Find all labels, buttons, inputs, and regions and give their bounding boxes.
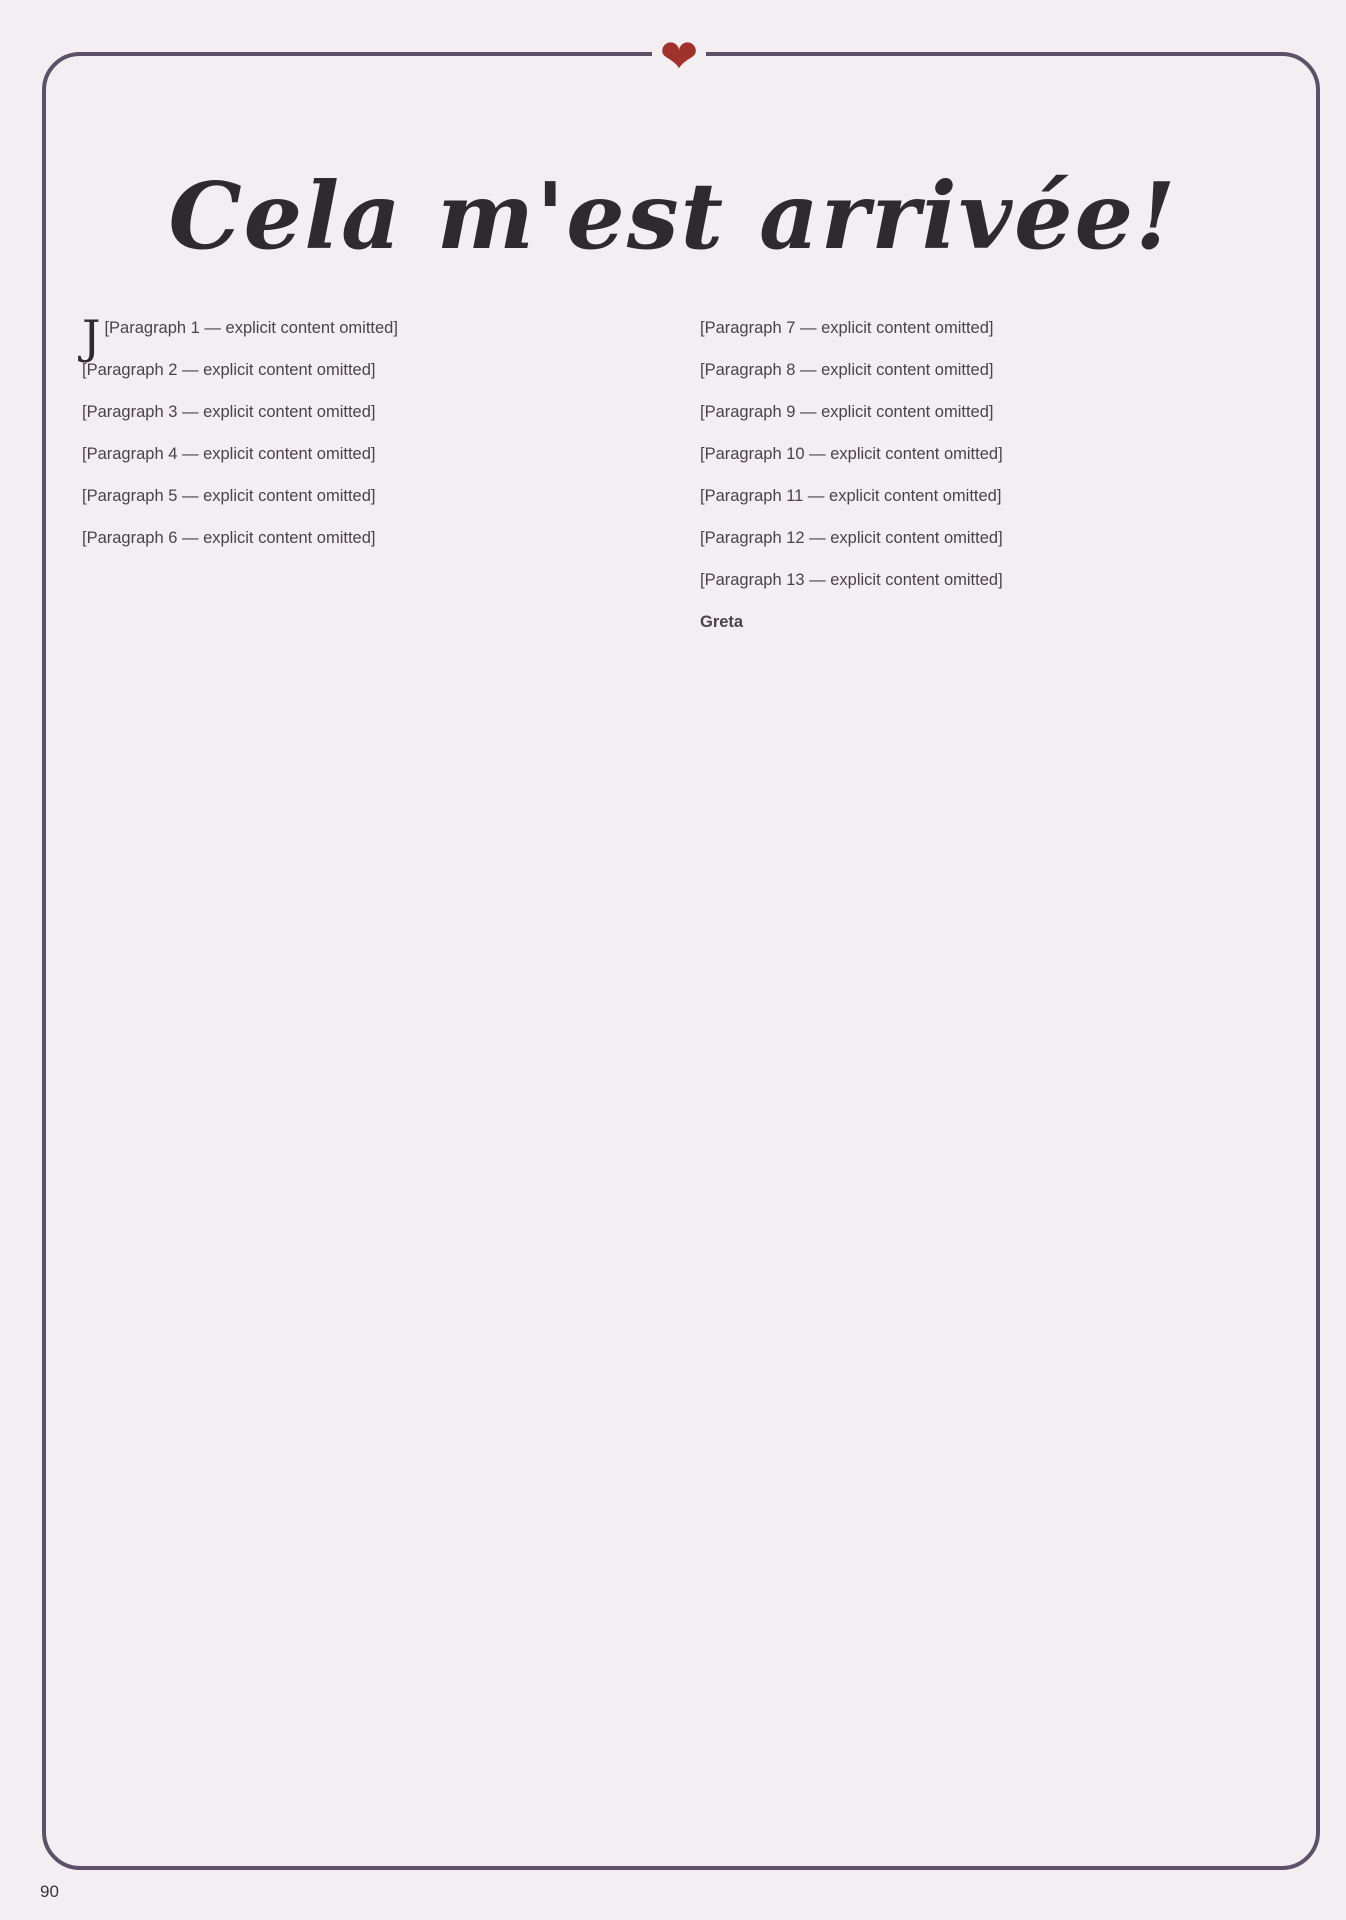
paragraph: [Paragraph 10 — explicit content omitted… (700, 444, 1266, 465)
left-column: J[Paragraph 1 — explicit content omitted… (82, 318, 648, 570)
paragraph: [Paragraph 8 — explicit content omitted] (700, 360, 1266, 381)
page-number: 90 (40, 1882, 59, 1902)
paragraph: [Paragraph 9 — explicit content omitted] (700, 402, 1266, 423)
paragraph: [Paragraph 13 — explicit content omitted… (700, 570, 1266, 591)
paragraph: J[Paragraph 1 — explicit content omitted… (82, 318, 648, 339)
paragraph: [Paragraph 3 — explicit content omitted] (82, 402, 648, 423)
paragraph: [Paragraph 2 — explicit content omitted] (82, 360, 648, 381)
author-signature: Greta (700, 612, 1266, 633)
right-column: [Paragraph 7 — explicit content omitted]… (700, 318, 1266, 654)
paragraph: [Paragraph 11 — explicit content omitted… (700, 486, 1266, 507)
paragraph: [Paragraph 7 — explicit content omitted] (700, 318, 1266, 339)
paragraph: [Paragraph 4 — explicit content omitted] (82, 444, 648, 465)
paragraph: [Paragraph 12 — explicit content omitted… (700, 528, 1266, 549)
paragraph: [Paragraph 6 — explicit content omitted] (82, 528, 648, 549)
dropcap: J (82, 318, 100, 356)
heart-icon: ❤ (652, 30, 706, 82)
paragraph: [Paragraph 5 — explicit content omitted] (82, 486, 648, 507)
page-title: Cela m'est arrivée! (0, 162, 1346, 270)
